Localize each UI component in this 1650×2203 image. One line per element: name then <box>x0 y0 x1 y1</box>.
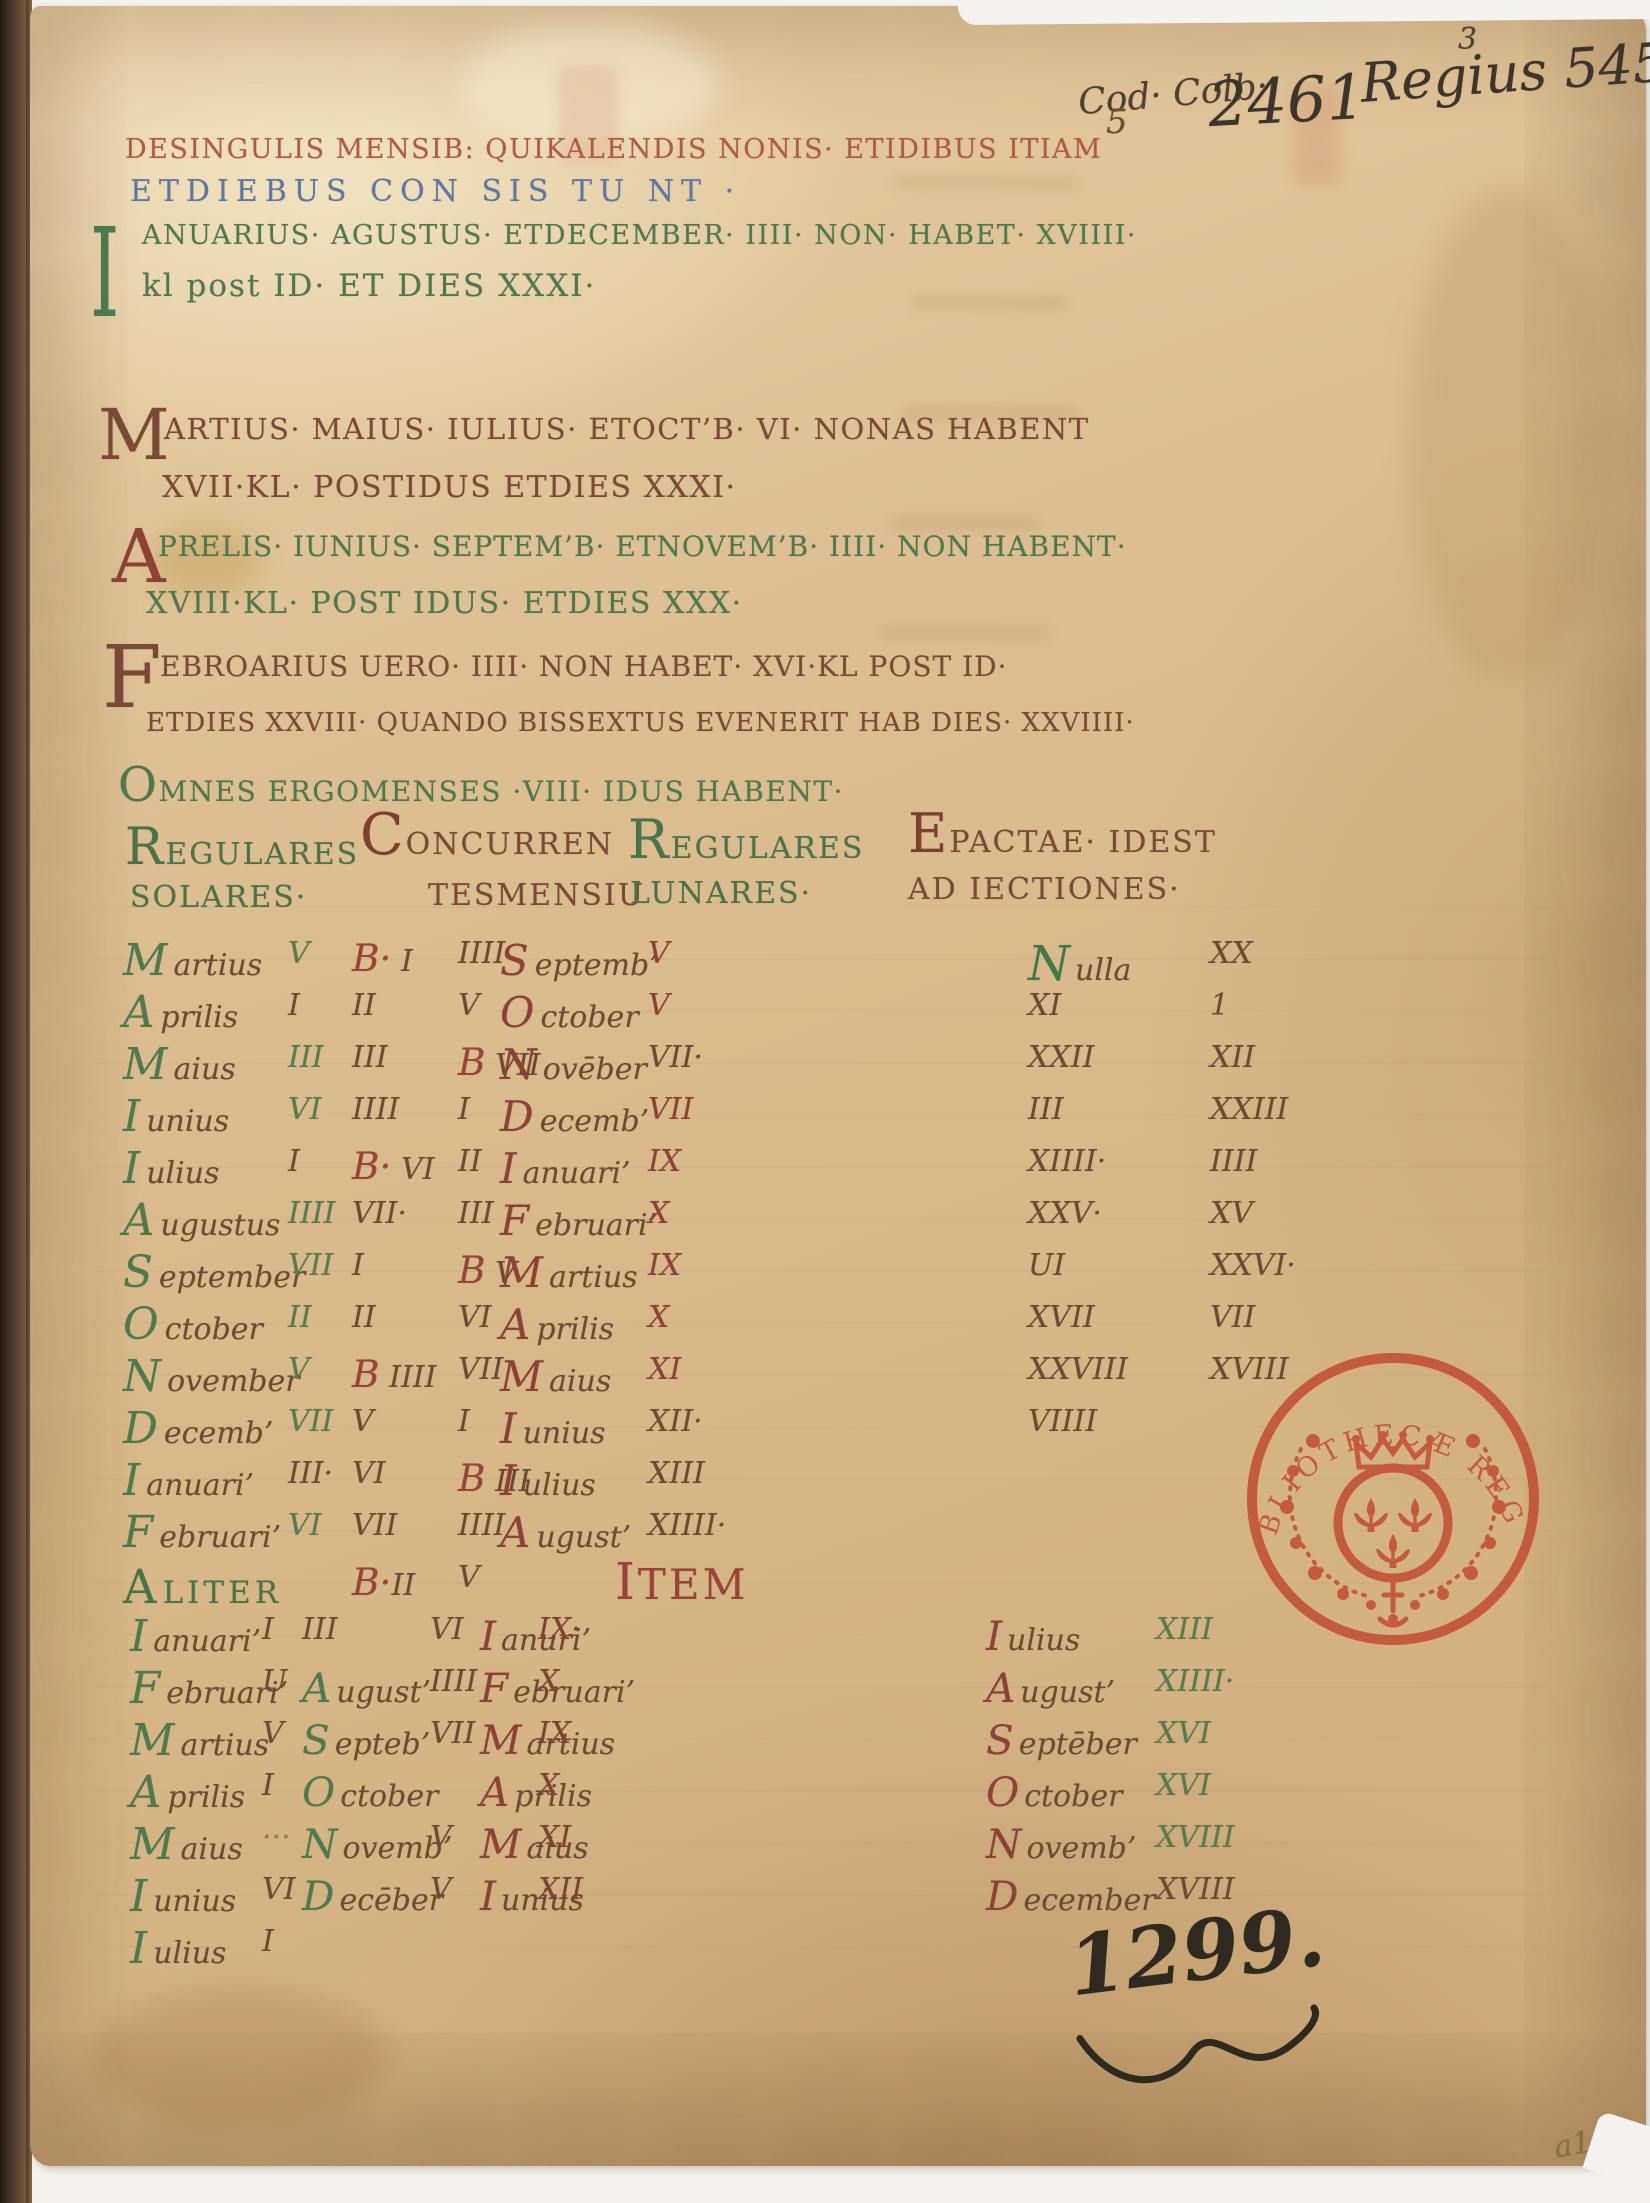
table-cell: V <box>648 988 670 1023</box>
table-cell: VII <box>430 1716 475 1751</box>
table-cell: XIIII· <box>648 1508 726 1543</box>
table-cell: III <box>302 1612 338 1647</box>
bleedthrough-text <box>890 516 1040 530</box>
table-row: AprilisIOctoberAprilisXOctoberXVI <box>30 1764 1650 1816</box>
table-cell: IIII <box>1210 1144 1257 1179</box>
table-cell: XVI <box>1156 1768 1211 1803</box>
table-cell: Decēber <box>302 1872 443 1920</box>
table-row: IuniusVIIIIIIDecemb’VIIIIIXXIII <box>30 1088 1650 1140</box>
line-aprelis-2: XVIII·KL· POST IDUS· ETDIES XXX· <box>146 586 743 621</box>
table-row: Februari’UAugust’IIIIFebruari’XAugust’XI… <box>30 1660 1650 1712</box>
table-row: IuliusI <box>30 1920 1650 1972</box>
table-cell: V <box>288 936 310 971</box>
table-cell: VI <box>288 1092 322 1127</box>
table-cell: XI <box>538 1820 571 1855</box>
table-cell: XXVIII <box>1028 1352 1128 1387</box>
shelfmark-regius: Regius 5458 <box>1358 28 1650 115</box>
table-cell: XII <box>1210 1040 1255 1075</box>
parchment-stain <box>90 1986 390 2126</box>
parchment-page: Cod· Colb· 2461 Regius 5458 3 5 DESINGUL… <box>30 6 1646 2166</box>
header-solares: SOLARES· <box>130 880 307 915</box>
table-cell: Martius <box>130 1716 269 1766</box>
fleur-de-lis-icon <box>1398 1498 1432 1532</box>
table-cell: ALITER <box>123 1560 282 1614</box>
table-cell: Iunius <box>123 1092 229 1142</box>
table-cell: VI <box>430 1612 464 1647</box>
table-cell: ··· <box>262 1820 291 1855</box>
table-cell: I <box>288 988 300 1023</box>
table-cell: Aprilis <box>500 1300 614 1349</box>
table-cell: XIII <box>648 1456 705 1491</box>
table-cell: V <box>288 1352 310 1387</box>
table-cell: October <box>123 1300 263 1350</box>
table-cell: Ianuari’ <box>500 1144 630 1193</box>
table-cell: IIII <box>352 1092 399 1127</box>
bleedthrough-text <box>910 296 1070 310</box>
header-lunares: LUNARES· <box>630 876 812 911</box>
table-cell: IX <box>648 1248 681 1283</box>
table-cell: XXVI· <box>1210 1248 1296 1283</box>
table-cell: I <box>262 1924 274 1959</box>
table-row: AugustusIIIIVII·IIIFebruari’XXXV·XV <box>30 1192 1650 1244</box>
table-cell: Augustus <box>123 1196 280 1246</box>
table-cell: XXIII <box>1210 1092 1288 1127</box>
table-cell: XVIII <box>1156 1820 1235 1855</box>
table-cell: IIII <box>288 1196 335 1231</box>
table-cell: XV <box>1210 1196 1253 1231</box>
table-cell: Aprilis <box>480 1768 592 1816</box>
table-cell: V <box>352 1404 374 1439</box>
table-cell: VI <box>458 1300 492 1335</box>
table-cell: IIII <box>458 1508 505 1543</box>
fleur-de-lis-icon <box>1376 1534 1410 1568</box>
table-cell: Septemb’ <box>500 936 659 985</box>
table-cell: II <box>458 1144 482 1179</box>
table-cell: XVI <box>1156 1716 1211 1751</box>
table-cell: VII <box>1210 1300 1255 1335</box>
table-cell: Aprilis <box>123 988 238 1038</box>
table-cell: U <box>262 1664 287 1699</box>
table-cell: XVII <box>1028 1300 1095 1335</box>
table-cell: Iulius <box>130 1924 226 1974</box>
table-cell: September <box>123 1248 305 1298</box>
table-cell: Septēber <box>986 1716 1137 1764</box>
table-cell: August’ <box>500 1508 631 1557</box>
table-cell: VI <box>352 1456 386 1491</box>
table-cell: Iunius <box>130 1872 236 1922</box>
table-cell: V <box>262 1716 284 1751</box>
line-martius: ARTIUS· MAIUS· IULIUS· ETOCT’B· VI· NONA… <box>164 412 1090 446</box>
table-cell: VIIII <box>1028 1404 1097 1439</box>
table-cell: III <box>458 1196 494 1231</box>
table-cell: ITEM <box>615 1552 749 1611</box>
table-row: OctoberIIIIVIAprilisXXVIIVII <box>30 1296 1650 1348</box>
table-cell: Maius <box>123 1040 236 1090</box>
parchment-stain <box>460 26 720 146</box>
table-cell: Maius <box>500 1352 611 1401</box>
bibliotheca-regia-stamp: BIBLIOTHECÆ REGIÆ <box>1238 1344 1548 1654</box>
table-cell: VII <box>288 1248 333 1283</box>
table-cell: I <box>458 1092 470 1127</box>
stamp-legend: BIBLIOTHECÆ REGIÆ <box>1253 1419 1531 1539</box>
table-cell: Martius <box>123 936 262 986</box>
table-cell: October <box>302 1768 438 1816</box>
table-cell: X <box>538 1664 559 1699</box>
line-ianuarius: ANUARIUS· AGUSTUS· ETDECEMBER· IIII· NON… <box>142 220 1137 251</box>
table-cell: III <box>352 1040 388 1075</box>
table-cell: Decemb’ <box>123 1404 273 1454</box>
table-cell: 1 <box>1210 988 1229 1023</box>
table-cell: X <box>648 1196 669 1231</box>
table-cell: VII· <box>648 1040 703 1075</box>
table-row: Maius···Novemb’VMaiusXINovemb’XVIII <box>30 1816 1650 1868</box>
table-cell: B· I <box>352 936 413 980</box>
table-cell: XII <box>538 1872 583 1907</box>
table-cell: III <box>1028 1092 1064 1127</box>
table-cell: IX <box>538 1716 571 1751</box>
bleedthrough-text <box>890 176 1080 190</box>
table-cell: B IIII <box>352 1352 437 1396</box>
header-concurrentes: CONCURREN <box>360 802 614 868</box>
table-cell: Novemb’ <box>986 1820 1136 1868</box>
rubric-title-red: DESINGULIS MENSIB: QUIKALENDIS NONIS· ET… <box>125 134 1102 165</box>
table-cell: Septeb’ <box>302 1716 430 1764</box>
table-cell: August’ <box>302 1664 431 1712</box>
table-cell: VII <box>458 1352 503 1387</box>
table-cell: V <box>458 988 480 1023</box>
table-cell: I <box>288 1144 300 1179</box>
table-row: MaiusIIIIIIB VIINovēberVII·XXIIXII <box>30 1036 1650 1088</box>
table-cell: October <box>986 1768 1122 1816</box>
fleur-de-lis-icon <box>1354 1498 1388 1532</box>
table-row: AprilisIIIVOctoberVXI1 <box>30 984 1650 1036</box>
line-martius-2: XVII·KL· POSTIDUS ETDIES XXXI· <box>162 470 737 505</box>
table-cell: UI <box>1028 1248 1065 1283</box>
table-cell: V <box>430 1872 452 1907</box>
table-row: MartiusVSepteb’VIIMartiusIXSeptēberXVI <box>30 1712 1650 1764</box>
table-cell: II <box>288 1300 312 1335</box>
table-cell: IIII <box>430 1664 477 1699</box>
table-cell: V <box>458 1560 480 1595</box>
table-cell: I <box>262 1768 274 1803</box>
table-cell: August’ <box>986 1664 1115 1712</box>
rubric-title-blue: ETDIEBUS CON SIS TU NT · <box>130 174 741 209</box>
manuscript-photo: Cod· Colb· 2461 Regius 5458 3 5 DESINGUL… <box>0 0 1650 2203</box>
table-cell: VII <box>288 1404 333 1439</box>
header-tesmensiu: TESMENSIU <box>428 878 645 913</box>
table-row: IuliusIB· VIIIIanuari’IXXIIII·IIII <box>30 1140 1650 1192</box>
table-cell: IIII <box>458 936 505 971</box>
table-cell: XXII <box>1028 1040 1094 1075</box>
table-cell: Iunius <box>500 1404 606 1453</box>
table-cell: VII <box>352 1508 397 1543</box>
table-cell: XXV· <box>1028 1196 1102 1231</box>
table-row: SeptemberVIIIB VMartiusIXUIXXVI· <box>30 1244 1650 1296</box>
table-cell: Aprilis <box>130 1768 245 1818</box>
table-cell: B·II <box>352 1560 415 1604</box>
book-binding-edge <box>0 0 32 2203</box>
table-cell: V <box>648 936 670 971</box>
table-cell: Novēber <box>500 1040 647 1089</box>
table-cell: IX· <box>538 1612 581 1647</box>
table-cell: Martius <box>500 1248 638 1297</box>
initial-I: I <box>90 202 119 346</box>
table-cell: Iulius <box>500 1456 596 1505</box>
table-cell: Iulius <box>123 1144 219 1194</box>
table-cell: XIIII· <box>1028 1144 1106 1179</box>
table-cell: B· VI <box>352 1144 435 1188</box>
header-regulares-lunares: REGULARES <box>628 808 864 871</box>
header-adlectiones: AD IECTIONES· <box>908 872 1181 907</box>
shelfmark-colbert-number: 2461 <box>1206 60 1367 141</box>
table-cell: Maius <box>130 1820 243 1870</box>
table-cell: XI <box>648 1352 681 1387</box>
foliation-5: 5 <box>1106 102 1128 142</box>
table-cell: V <box>430 1820 452 1855</box>
foliation-3: 3 <box>1458 22 1477 57</box>
table-cell: Ianuari’ <box>123 1456 254 1506</box>
header-epactae: EPACTAE· IDEST <box>908 802 1217 865</box>
table-cell: II <box>352 988 376 1023</box>
table-cell: XX <box>1210 936 1253 971</box>
table-cell: Februari’ <box>500 1196 657 1245</box>
table-row: IuniusVIDecēberVIuniusXIIDecemberXVIII <box>30 1868 1650 1920</box>
table-cell: IX <box>648 1144 681 1179</box>
table-cell: X <box>648 1300 669 1335</box>
table-cell: VI <box>288 1508 322 1543</box>
table-row: MartiusVB· IIIIISeptemb’VNullaXX <box>30 932 1650 984</box>
initial-M: M <box>98 394 170 476</box>
table-cell: XII· <box>648 1404 703 1439</box>
table-cell: III· <box>288 1456 333 1491</box>
table-cell: I <box>262 1612 274 1647</box>
table-cell: XI <box>1028 988 1061 1023</box>
table-cell: Februari’ <box>123 1508 281 1558</box>
table-cell: XIII <box>1156 1612 1213 1647</box>
table-cell: October <box>500 988 639 1037</box>
line-febroarius-2: ETDIES XXVIII· QUANDO BISSEXTUS EVENERIT… <box>146 708 1135 738</box>
table-cell: November <box>123 1352 300 1402</box>
table-cell: I <box>458 1404 470 1439</box>
table-cell: X <box>538 1768 559 1803</box>
table-cell: I <box>352 1248 364 1283</box>
table-cell: VI <box>262 1872 296 1907</box>
table-cell: III <box>288 1040 324 1075</box>
table-cell: XIIII· <box>1156 1664 1234 1699</box>
table-cell: Maius <box>480 1820 589 1868</box>
table-cell: VII· <box>352 1196 407 1231</box>
table-cell: II <box>352 1300 376 1335</box>
header-regulares-solares: REGULARES <box>125 818 359 877</box>
table-cell: Decemb’ <box>500 1092 649 1141</box>
line-aprelis: PRELIS· IUNIUS· SEPTEM’B· ETNOVEM’B· III… <box>158 530 1127 563</box>
table-cell: Ianuari’ <box>130 1612 261 1662</box>
bleedthrough-text <box>880 626 1050 640</box>
parchment-stain <box>1410 186 1610 686</box>
table-cell: Iulius <box>986 1612 1080 1660</box>
line-febroarius: EBROARIUS UERO· IIII· NON HABET· XVI·KL … <box>160 650 1008 683</box>
line-ianuarius-2: kl post ID· ET DIES XXXI· <box>142 268 596 304</box>
table-cell: VII <box>648 1092 693 1127</box>
